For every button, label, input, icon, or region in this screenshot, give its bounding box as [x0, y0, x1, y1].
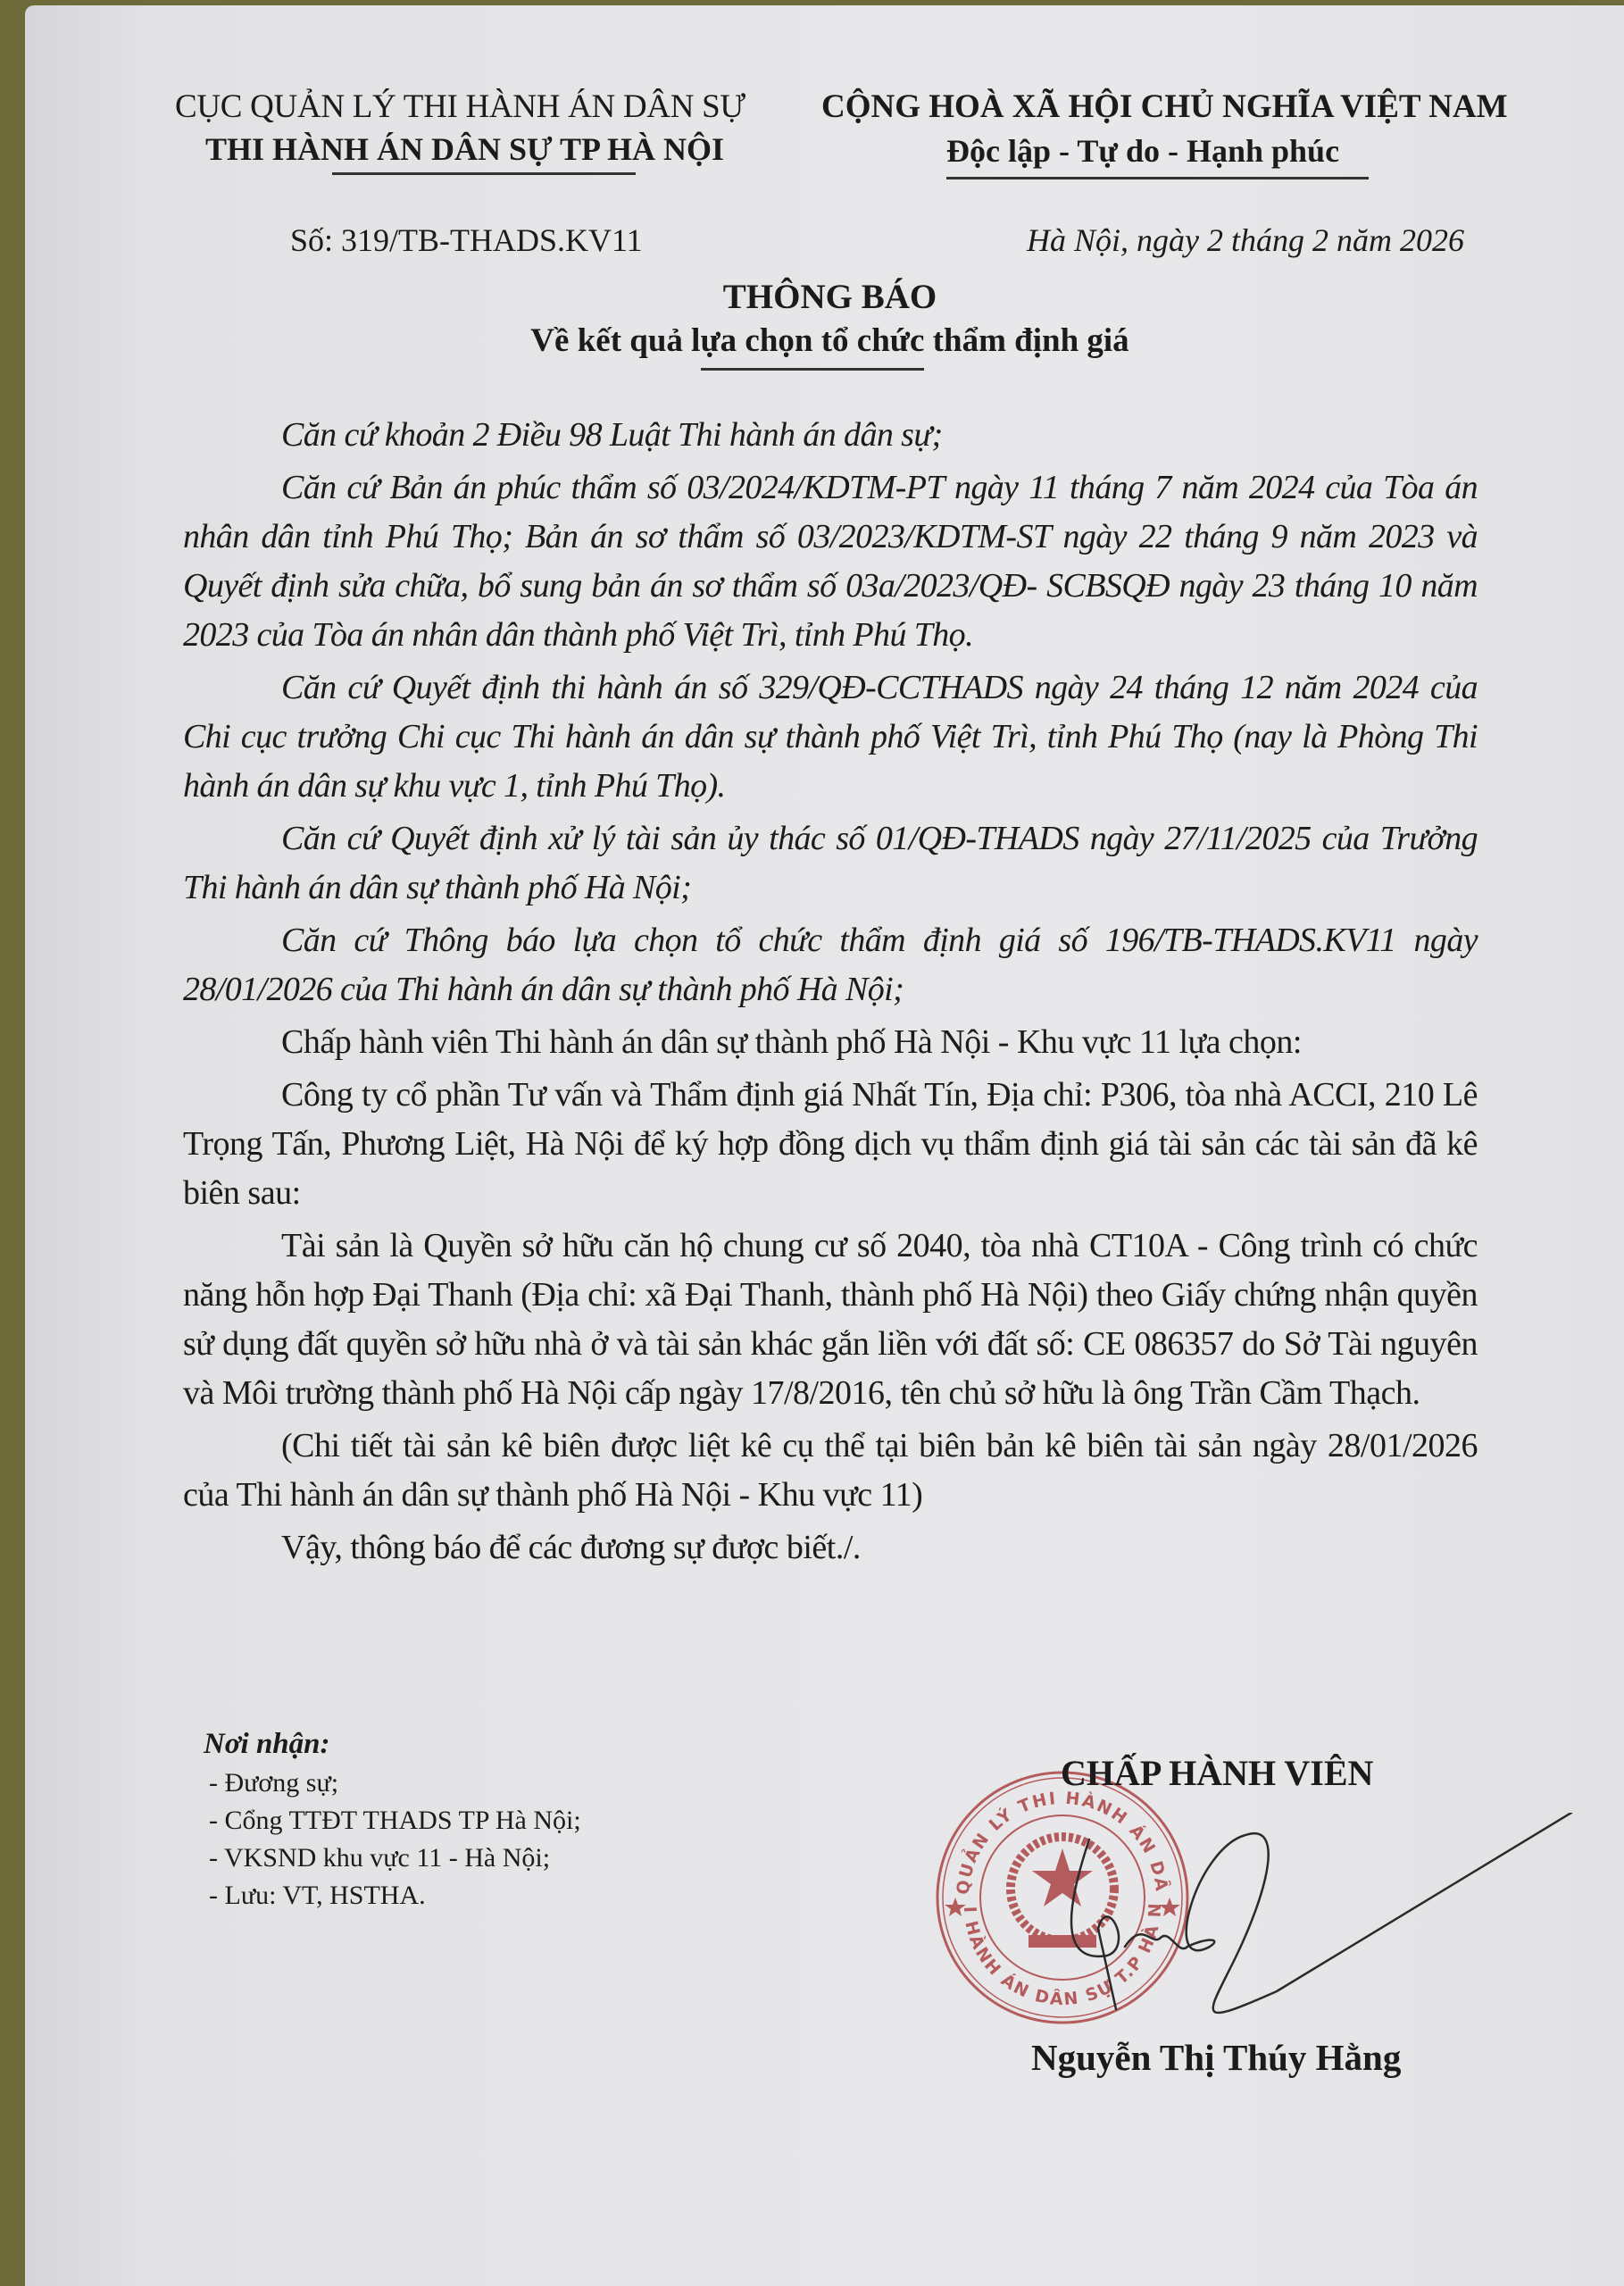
nation-title: CỘNG HOÀ XÃ HỘI CHỦ NGHĨA VIỆT NAM [821, 88, 1508, 126]
national-motto: Độc lập - Tự do - Hạnh phúc [946, 132, 1339, 170]
agency-underline [332, 172, 636, 175]
document-body: Căn cứ khoản 2 Điều 98 Luật Thi hành án … [183, 411, 1478, 1576]
motto-underline [946, 177, 1369, 179]
body-paragraph: Căn cứ Bản án phúc thẩm số 03/2024/KDTM-… [183, 463, 1478, 660]
handwritten-signature-icon [1054, 1813, 1580, 2036]
body-paragraph: (Chi tiết tài sản kê biên được liệt kê c… [183, 1422, 1478, 1520]
agency-name: THI HÀNH ÁN DÂN SỰ TP HÀ NỘI [205, 130, 724, 168]
agency-parent: CỤC QUẢN LÝ THI HÀNH ÁN DÂN SỰ [175, 88, 745, 126]
body-paragraph: Căn cứ khoản 2 Điều 98 Luật Thi hành án … [183, 411, 1478, 460]
subtitle-underline [701, 368, 924, 371]
signer-title: CHẤP HÀNH VIÊN [1061, 1752, 1373, 1794]
document-subtitle: Về kết quả lựa chọn tổ chức thẩm định gi… [18, 321, 1624, 360]
signer-name: Nguyễn Thị Thúy Hằng [1031, 2036, 1401, 2079]
body-paragraph: Chấp hành viên Thi hành án dân sự thành … [183, 1018, 1478, 1067]
recipient-item: - VKSND khu vực 11 - Hà Nội; [209, 1840, 581, 1877]
body-paragraph: Vậy, thông báo để các đương sự được biết… [183, 1523, 1478, 1573]
body-paragraph: Căn cứ Quyết định xử lý tài sản ủy thác … [183, 814, 1478, 913]
document-title: THÔNG BÁO [18, 277, 1624, 317]
body-paragraph: Căn cứ Thông báo lựa chọn tổ chức thẩm đ… [183, 916, 1478, 1014]
body-paragraph: Căn cứ Quyết định thi hành án số 329/QĐ-… [183, 663, 1478, 811]
body-paragraph: Tài sản là Quyền sở hữu căn hộ chung cư … [183, 1222, 1478, 1418]
document-date: Hà Nội, ngày 2 tháng 2 năm 2026 [1027, 221, 1464, 259]
recipient-item: - Đương sự; [209, 1765, 581, 1802]
document-number: Số: 319/TB-THADS.KV11 [290, 221, 643, 259]
recipient-item: - Cổng TTĐT THADS TP Hà Nội; [209, 1802, 581, 1840]
recipients-label: Nơi nhận: [204, 1728, 581, 1761]
recipients-block: Nơi nhận: - Đương sự; - Cổng TTĐT THADS … [204, 1728, 581, 1915]
body-paragraph: Công ty cổ phần Tư vấn và Thẩm định giá … [183, 1071, 1478, 1218]
recipient-item: - Lưu: VT, HSTHA. [209, 1877, 581, 1915]
